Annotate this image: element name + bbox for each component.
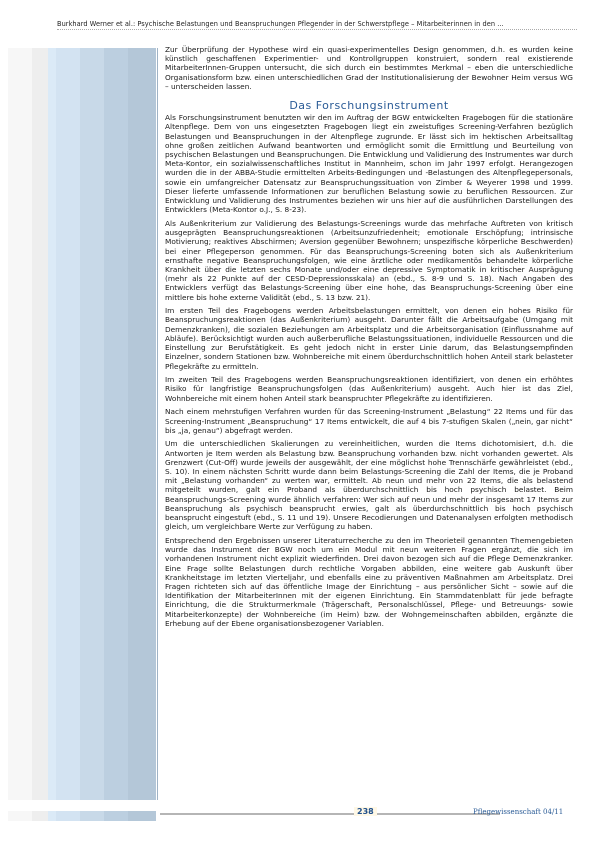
decorative-side-band [8,48,156,800]
paragraph: Um die unterschiedlichen Skalierungen zu… [165,439,573,531]
paragraph: Als Forschungsinstrument benutzten wir d… [165,113,573,214]
footer-decorative-band [8,811,156,821]
paragraph: Nach einem mehrstufigen Verfahren wurden… [165,407,573,435]
band-divider [157,48,158,800]
page-number: 238 [354,807,377,816]
footer-rule [160,813,500,815]
paragraph: Entsprechend den Ergebnissen unserer Lit… [165,536,573,628]
journal-reference: Pflegewissenschaft 04/11 [473,808,563,816]
intro-paragraph: Zur Überprüfung der Hypothese wird ein q… [165,45,573,91]
article-body: Zur Überprüfung der Hypothese wird ein q… [165,45,573,632]
running-header: Burkhard Werner et al.: Psychische Belas… [57,20,577,30]
paragraph: Im ersten Teil des Fragebogens werden Ar… [165,306,573,370]
paragraph: Als Außenkriterium zur Validierung des B… [165,219,573,302]
paragraph: Im zweiten Teil des Fragebogens werden B… [165,375,573,403]
section-heading: Das Forschungsinstrument [165,101,573,110]
